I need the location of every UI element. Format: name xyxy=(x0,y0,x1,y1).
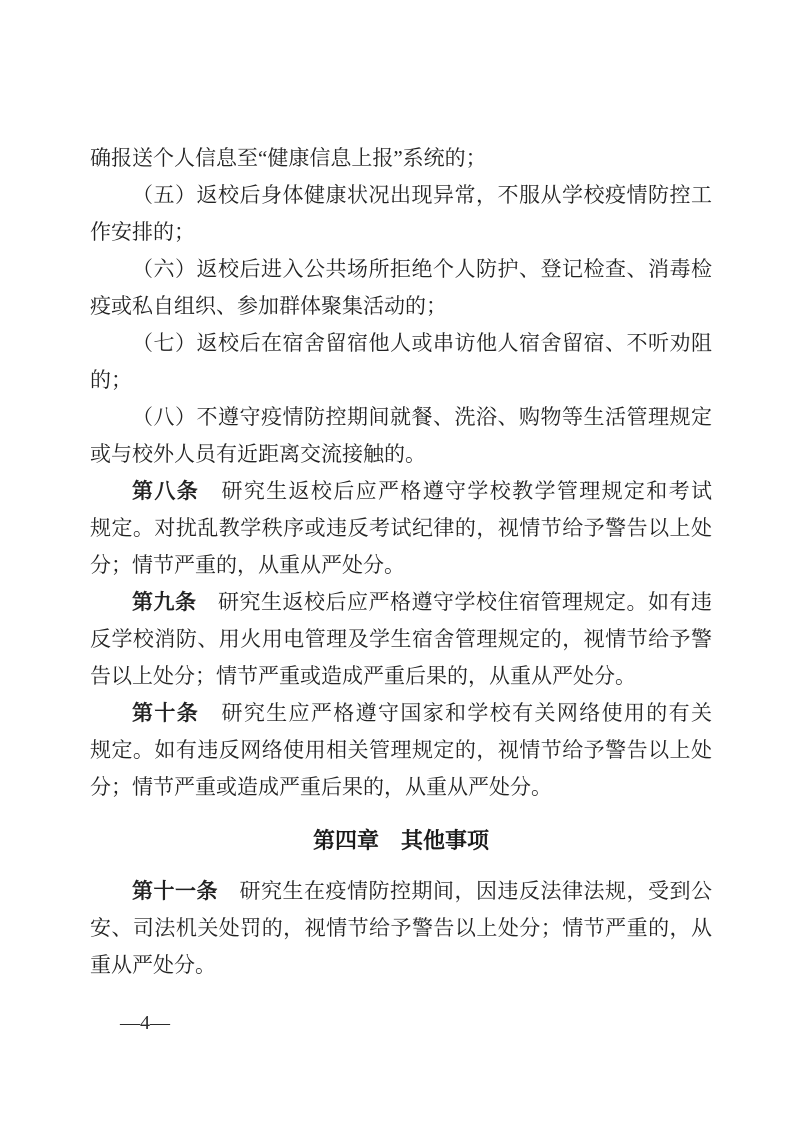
text-line: 重从严处分。 xyxy=(90,947,712,984)
article-number: 第九条 xyxy=(132,590,197,614)
article-line-11: 第十一条 研究生在疫情防控期间，因违反法律法规，受到公 xyxy=(90,873,712,910)
text-line: 规定。对扰乱教学秩序或违反考试纪律的，视情节给予警告以上处 xyxy=(90,510,712,547)
text-line: 安、司法机关处罚的，视情节给予警告以上处分；情节严重的，从 xyxy=(90,910,712,947)
text-line: 确报送个人信息至“健康信息上报”系统的； xyxy=(90,140,712,177)
text-line: （八）不遵守疫情防控期间就餐、洗浴、购物等生活管理规定 xyxy=(90,399,712,436)
article-line-9: 第九条 研究生返校后应严格遵守学校住宿管理规定。如有违 xyxy=(90,584,712,621)
article-text: 研究生返校后应严格遵守学校教学管理规定和考试 xyxy=(199,479,712,503)
text-line: 反学校消防、用火用电管理及学生宿舍管理规定的，视情节给予警 xyxy=(90,621,712,658)
chapter-heading: 第四章 其他事项 xyxy=(90,822,712,859)
text-line: 分；情节严重或造成严重后果的，从重从严处分。 xyxy=(90,769,712,806)
text-line: 作安排的； xyxy=(90,214,712,251)
text-line: （七）返校后在宿舍留宿他人或串访他人宿舍留宿、不听劝阻 xyxy=(90,325,712,362)
article-number: 第十条 xyxy=(132,701,199,725)
article-text: 研究生应严格遵守国家和学校有关网络使用的有关 xyxy=(199,701,712,725)
article-line-8: 第八条 研究生返校后应严格遵守学校教学管理规定和考试 xyxy=(90,473,712,510)
article-line-10: 第十条 研究生应严格遵守国家和学校有关网络使用的有关 xyxy=(90,695,712,732)
article-text: 研究生在疫情防控期间，因违反法律法规，受到公 xyxy=(218,879,712,903)
text-line: （五）返校后身体健康状况出现异常，不服从学校疫情防控工 xyxy=(90,177,712,214)
text-line: 疫或私自组织、参加群体聚集活动的； xyxy=(90,288,712,325)
article-number: 第八条 xyxy=(132,479,199,503)
text-line: 分；情节严重的，从重从严处分。 xyxy=(90,547,712,584)
document-page: 确报送个人信息至“健康信息上报”系统的； （五）返校后身体健康状况出现异常，不服… xyxy=(0,0,799,1131)
text-line: 规定。如有违反网络使用相关管理规定的，视情节给予警告以上处 xyxy=(90,732,712,769)
text-line: 的； xyxy=(90,362,712,399)
text-line: 或与校外人员有近距离交流接触的。 xyxy=(90,436,712,473)
text-line: （六）返校后进入公共场所拒绝个人防护、登记检查、消毒检 xyxy=(90,251,712,288)
article-number: 第十一条 xyxy=(132,879,218,903)
page-number: —4— xyxy=(120,1012,170,1035)
document-body: 确报送个人信息至“健康信息上报”系统的； （五）返校后身体健康状况出现异常，不服… xyxy=(90,140,712,984)
text-line: 告以上处分；情节严重或造成严重后果的，从重从严处分。 xyxy=(90,658,712,695)
article-text: 研究生返校后应严格遵守学校住宿管理规定。如有违 xyxy=(197,590,713,614)
